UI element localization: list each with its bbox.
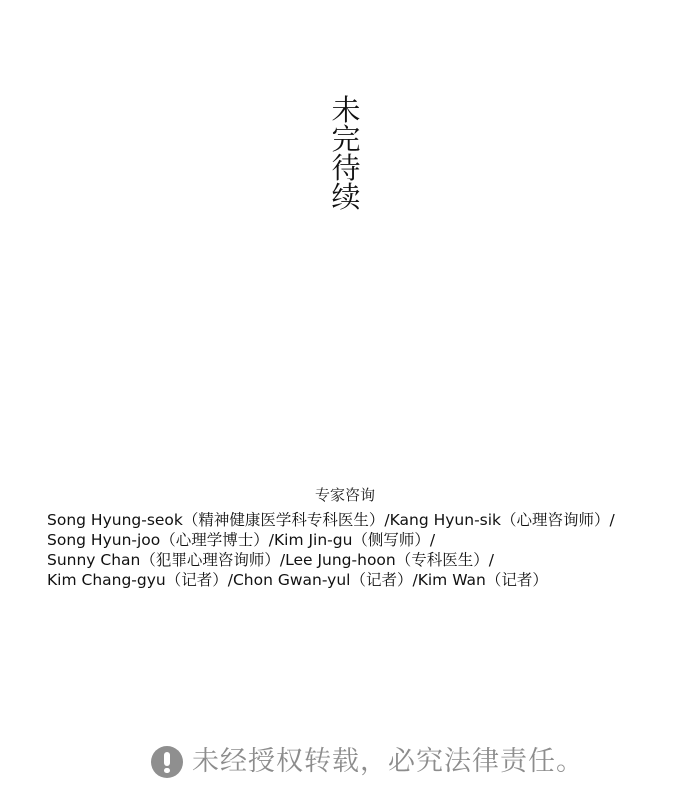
tbc-char-4: 续 (329, 183, 363, 212)
credits-line: Song Hyung-seok（精神健康医学科专科医生）/Kang Hyun-s… (47, 510, 687, 530)
to-be-continued-vertical-text: 未 完 待 续 (329, 96, 363, 212)
copyright-notice-text: 未经授权转载，必究法律责任。 (192, 745, 584, 779)
credits-line: Song Hyun-joo（心理学博士）/Kim Jin-gu（侧写师）/ (47, 530, 687, 550)
credits-line: Kim Chang-gyu（记者）/Chon Gwan-yul（记者）/Kim … (47, 570, 687, 590)
tbc-char-1: 未 (329, 96, 363, 125)
expert-consultation-title: 专家咨询 (0, 485, 690, 505)
exclamation-circle-icon (151, 746, 183, 778)
expert-credits: Song Hyung-seok（精神健康医学科专科医生）/Kang Hyun-s… (47, 510, 687, 590)
tbc-char-2: 完 (329, 125, 363, 154)
credits-line: Sunny Chan（犯罪心理咨询师）/Lee Jung-hoon（专科医生）/ (47, 550, 687, 570)
copyright-notice: 未经授权转载，必究法律责任。 (151, 745, 584, 779)
tbc-char-3: 待 (329, 154, 363, 183)
